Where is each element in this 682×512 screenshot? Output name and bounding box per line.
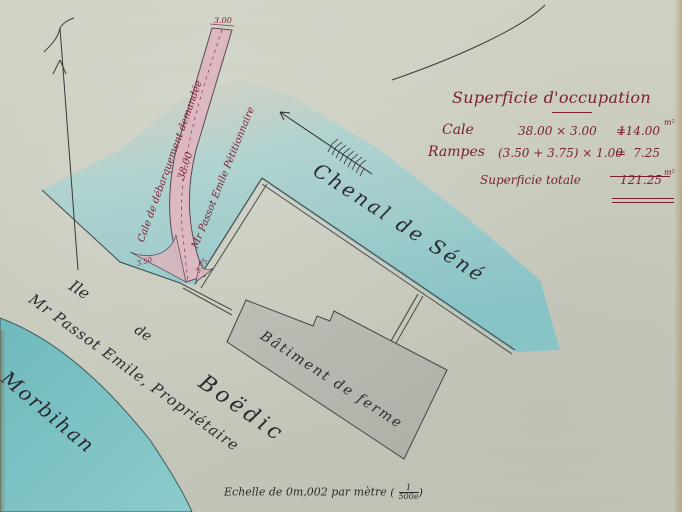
row-formula: 38.00 × 3.00 bbox=[518, 124, 597, 138]
scale-label: Echelle de 0m,002 par mètre (1500e) bbox=[224, 484, 423, 501]
row-formula: (3.50 + 3.75) × 1.00 bbox=[498, 146, 623, 160]
paper-edge-right bbox=[674, 0, 682, 512]
total-value: 121.25 bbox=[618, 173, 662, 187]
row-value: 114.00 bbox=[616, 124, 660, 138]
total-name: Superficie totale bbox=[480, 173, 581, 187]
scale-fraction-den: 500e bbox=[399, 492, 419, 501]
row-name: Cale bbox=[442, 122, 474, 138]
north-arrow-icon bbox=[44, 18, 78, 270]
map-drawing bbox=[0, 0, 682, 512]
row-value: 7.25 bbox=[616, 146, 660, 160]
table-row-rampes: Rampes (3.50 + 3.75) × 1.00 = 7.25 bbox=[428, 144, 680, 162]
slip-width-label: 3.00 bbox=[214, 16, 232, 25]
map-sheet: Chenal de Séné Morbihan Ile de Boëdic Mr… bbox=[0, 0, 682, 512]
paper-edge-left bbox=[0, 330, 6, 512]
occupation-table-title: Superficie d'occupation bbox=[452, 88, 651, 107]
scale-fraction: (1500e) bbox=[390, 486, 423, 499]
channel-water bbox=[42, 80, 560, 352]
row-name: Rampes bbox=[428, 144, 485, 160]
table-row-cale: Cale 38.00 × 3.00 = 114.00 m² bbox=[440, 122, 680, 140]
table-row-total: Superficie totale 121.25 m² bbox=[480, 172, 680, 190]
ink-flourish bbox=[392, 5, 545, 80]
scale-text: Echelle de 0m,002 par mètre bbox=[224, 486, 387, 499]
total-double-underline bbox=[612, 198, 674, 203]
title-underline bbox=[552, 112, 592, 113]
